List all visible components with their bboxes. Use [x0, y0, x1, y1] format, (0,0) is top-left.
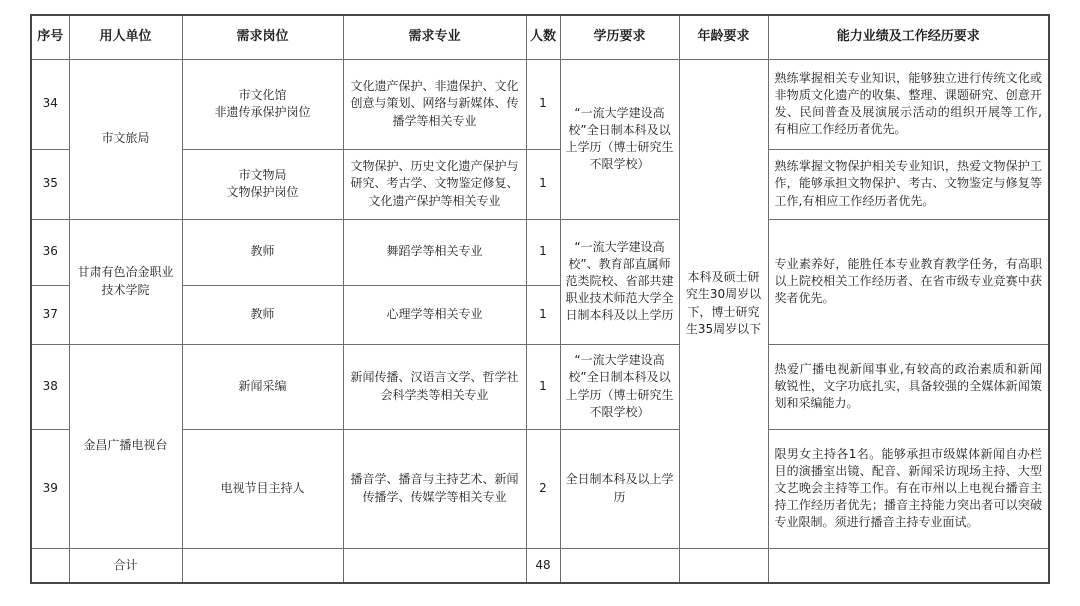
total-seq-cell — [31, 548, 69, 583]
total-requirements-cell — [768, 548, 1049, 583]
r39-position: 电视节目主持人 — [182, 429, 343, 548]
table-row-34: 34 市文旅局 市文化馆 非遗传承保护岗位 文化遗产保护、非遗保护、文化创意与策… — [31, 59, 1049, 149]
recruitment-table: 序号 用人单位 需求岗位 需求专业 人数 学历要求 年龄要求 能力业绩及工作经历… — [30, 14, 1050, 584]
total-row: 合计 48 — [31, 548, 1049, 583]
r38-count: 1 — [526, 344, 560, 429]
total-major-cell — [343, 548, 526, 583]
r35-major: 文物保护、历史文化遗产保护与研究、考古学、文物鉴定修复、文化遗产保护等相关专业 — [343, 149, 526, 219]
header-row: 序号 用人单位 需求岗位 需求专业 人数 学历要求 年龄要求 能力业绩及工作经历… — [31, 15, 1049, 59]
table-row-36: 36 甘肃有色冶金职业技术学院 教师 舞蹈学等相关专业 1 “一流大学建设高校”… — [31, 219, 1049, 285]
total-age-cell — [679, 548, 768, 583]
r38-requirements: 热爱广播电视新闻事业,有较高的政治素质和新闻敏锐性，文字功底扎实，具备较强的全媒… — [768, 344, 1049, 429]
r36-position: 教师 — [182, 219, 343, 285]
r34-seq: 34 — [31, 59, 69, 149]
r36-education: “一流大学建设高校”、教育部直属师范类院校、省部共建职业技术师范大学全日制本科及… — [560, 219, 679, 344]
r36-seq: 36 — [31, 219, 69, 285]
total-education-cell — [560, 548, 679, 583]
r39-count: 2 — [526, 429, 560, 548]
header-requirements: 能力业绩及工作经历要求 — [768, 15, 1049, 59]
total-count-cell: 48 — [526, 548, 560, 583]
header-count: 人数 — [526, 15, 560, 59]
r37-major: 心理学等相关专业 — [343, 285, 526, 344]
r38-position: 新闻采编 — [182, 344, 343, 429]
r38-employer: 金昌广播电视台 — [69, 344, 182, 548]
table-row-38: 38 金昌广播电视台 新闻采编 新闻传播、汉语言文学、哲学社会科学类等相关专业 … — [31, 344, 1049, 429]
r36-major: 舞蹈学等相关专业 — [343, 219, 526, 285]
recruitment-table-container: 序号 用人单位 需求岗位 需求专业 人数 学历要求 年龄要求 能力业绩及工作经历… — [30, 14, 1050, 584]
r36-count: 1 — [526, 219, 560, 285]
r34-education: “一流大学建设高校”全日制本科及以上学历（博士研究生不限学校） — [560, 59, 679, 219]
r35-position: 市文物局 文物保护岗位 — [182, 149, 343, 219]
table-row-39: 39 电视节目主持人 播音学、播音与主持艺术、新闻传播学、传媒学等相关专业 2 … — [31, 429, 1049, 548]
age-requirement-cell: 本科及硕士研究生30周岁以下，博士研究生35周岁以下 — [679, 59, 768, 548]
header-seq: 序号 — [31, 15, 69, 59]
header-major: 需求专业 — [343, 15, 526, 59]
total-label-cell: 合计 — [69, 548, 182, 583]
r39-major: 播音学、播音与主持艺术、新闻传播学、传媒学等相关专业 — [343, 429, 526, 548]
table-row-35: 35 市文物局 文物保护岗位 文物保护、历史文化遗产保护与研究、考古学、文物鉴定… — [31, 149, 1049, 219]
r35-requirements: 熟练掌握文物保护相关专业知识，热爱文物保护工作，能够承担文物保护、考古、文物鉴定… — [768, 149, 1049, 219]
r37-seq: 37 — [31, 285, 69, 344]
total-position-cell — [182, 548, 343, 583]
header-education: 学历要求 — [560, 15, 679, 59]
header-employer: 用人单位 — [69, 15, 182, 59]
r38-education: “一流大学建设高校”全日制本科及以上学历（博士研究生不限学校） — [560, 344, 679, 429]
r35-seq: 35 — [31, 149, 69, 219]
r37-position: 教师 — [182, 285, 343, 344]
r36-requirements: 专业素养好，能胜任本专业教育教学任务，有高职以上院校相关工作经历者、在省市级专业… — [768, 219, 1049, 344]
r34-employer: 市文旅局 — [69, 59, 182, 219]
r34-position: 市文化馆 非遗传承保护岗位 — [182, 59, 343, 149]
r34-count: 1 — [526, 59, 560, 149]
header-age: 年龄要求 — [679, 15, 768, 59]
r34-requirements: 熟练掌握相关专业知识，能够独立进行传统文化或非物质文化遗产的收集、整理、课题研究… — [768, 59, 1049, 149]
r39-education: 全日制本科及以上学历 — [560, 429, 679, 548]
r39-requirements: 限男女主持各1名。能够承担市级媒体新闻自办栏目的演播室出镜、配音、新闻采访现场主… — [768, 429, 1049, 548]
r38-major: 新闻传播、汉语言文学、哲学社会科学类等相关专业 — [343, 344, 526, 429]
r38-seq: 38 — [31, 344, 69, 429]
header-position: 需求岗位 — [182, 15, 343, 59]
r36-employer: 甘肃有色冶金职业技术学院 — [69, 219, 182, 344]
r34-major: 文化遗产保护、非遗保护、文化创意与策划、网络与新媒体、传播学等相关专业 — [343, 59, 526, 149]
r39-seq: 39 — [31, 429, 69, 548]
r37-count: 1 — [526, 285, 560, 344]
r35-count: 1 — [526, 149, 560, 219]
